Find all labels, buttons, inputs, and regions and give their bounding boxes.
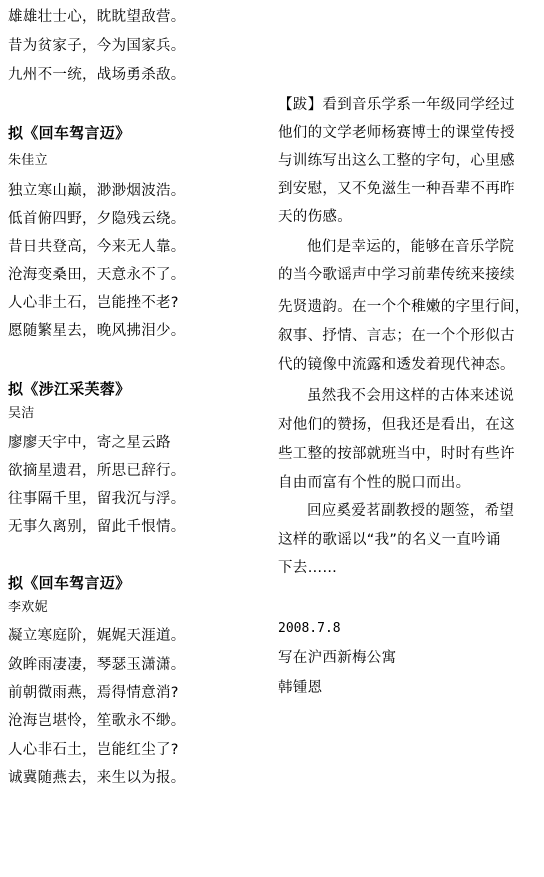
postscript-line: 的当今歌谣声中学习前辈传统来接续 — [278, 266, 515, 284]
poem-line: 敛眸雨凄凄，琴瑟玉潇潇。 — [8, 656, 186, 674]
signature-date: 2008.7.8 — [278, 620, 341, 638]
poem-line: 沧海变桑田，天意永不了。 — [8, 266, 186, 284]
postscript-line: 回应奚爱茗副教授的题签，希望 — [278, 502, 514, 520]
poem-line: 无事久离别，留此千恨情。 — [8, 518, 186, 536]
poem-line: 往事隔千里，留我沉与浮。 — [8, 490, 186, 508]
poem-line: 人心非土石，岂能挫不老? — [8, 294, 179, 312]
poem-line: 昔为贫家子，今为国家兵。 — [8, 37, 186, 55]
poem-line: 廖廖天宇中，寄之星云路 — [8, 434, 171, 452]
poem-line: 雄雄壮士心，眈眈望敌营。 — [8, 8, 186, 26]
poem-author: 李欢妮 — [8, 599, 48, 617]
postscript-line: 与训练写出这么工整的字句，心里感 — [278, 152, 515, 170]
postscript-line: 先贤遗韵。在一个个稚嫩的字里行间， — [278, 298, 530, 316]
signature-place: 写在沪西新梅公寓 — [278, 649, 396, 667]
postscript-line: 自由而富有个性的脱口而出。 — [278, 474, 470, 492]
poem-author: 朱佳立 — [8, 152, 48, 170]
postscript-line: 天的伤感。 — [278, 208, 352, 226]
poem-title: 拟《涉江采芙蓉》 — [8, 380, 130, 398]
postscript-line: 叙事、抒情、言志；在一个个形似古 — [278, 327, 515, 345]
poem-author: 吴洁 — [8, 405, 35, 423]
postscript-line: 他们的文学老师杨赛博士的课堂传授 — [278, 124, 515, 142]
poem-line: 诚冀随燕去，来生以为报。 — [8, 769, 186, 787]
postscript-line: 虽然我不会用这样的古体来述说 — [278, 387, 514, 405]
postscript-line: 代的镜像中流露和透发着现代神态。 — [278, 356, 515, 374]
poem-line: 欲摘星遗君，所思已辞行。 — [8, 462, 186, 480]
poem-line: 沧海岂堪怜，笙歌永不缈。 — [8, 712, 186, 730]
postscript-line: 些工整的按部就班当中，时时有些许 — [278, 445, 515, 463]
signature-name: 韩锺恩 — [278, 679, 322, 697]
postscript-line: 【跋】看到音乐学系一年级同学经过 — [278, 96, 515, 114]
poem-title: 拟《回车驾言迈》 — [8, 124, 130, 142]
poem-line: 愿随繁星去，晚风拂泪少。 — [8, 322, 186, 340]
poem-line: 前朝微雨燕，焉得情意消? — [8, 684, 179, 702]
poem-line: 昔日共登高，今来无人靠。 — [8, 238, 186, 256]
postscript-line: 对他们的赞扬，但我还是看出，在这 — [278, 416, 515, 434]
poem-line: 人心非石土，岂能红尘了? — [8, 741, 179, 759]
poem-line: 独立寒山巅，渺渺烟波浩。 — [8, 182, 186, 200]
postscript-line: 他们是幸运的，能够在音乐学院 — [278, 238, 514, 256]
poem-line: 九州不一统，战场勇杀敌。 — [8, 66, 186, 84]
poem-title: 拟《回车驾言迈》 — [8, 574, 130, 592]
poem-line: 凝立寒庭阶，娓娓天涯道。 — [8, 627, 186, 645]
postscript-line: 到安慰，又不免滋生一种吾辈不再昨 — [278, 180, 515, 198]
postscript-line: 下去…… — [278, 559, 337, 577]
poem-line: 低首俯四野，夕隐残云绕。 — [8, 210, 186, 228]
postscript-line: 这样的歌谣以“我”的名义一直吟诵 — [278, 531, 501, 549]
